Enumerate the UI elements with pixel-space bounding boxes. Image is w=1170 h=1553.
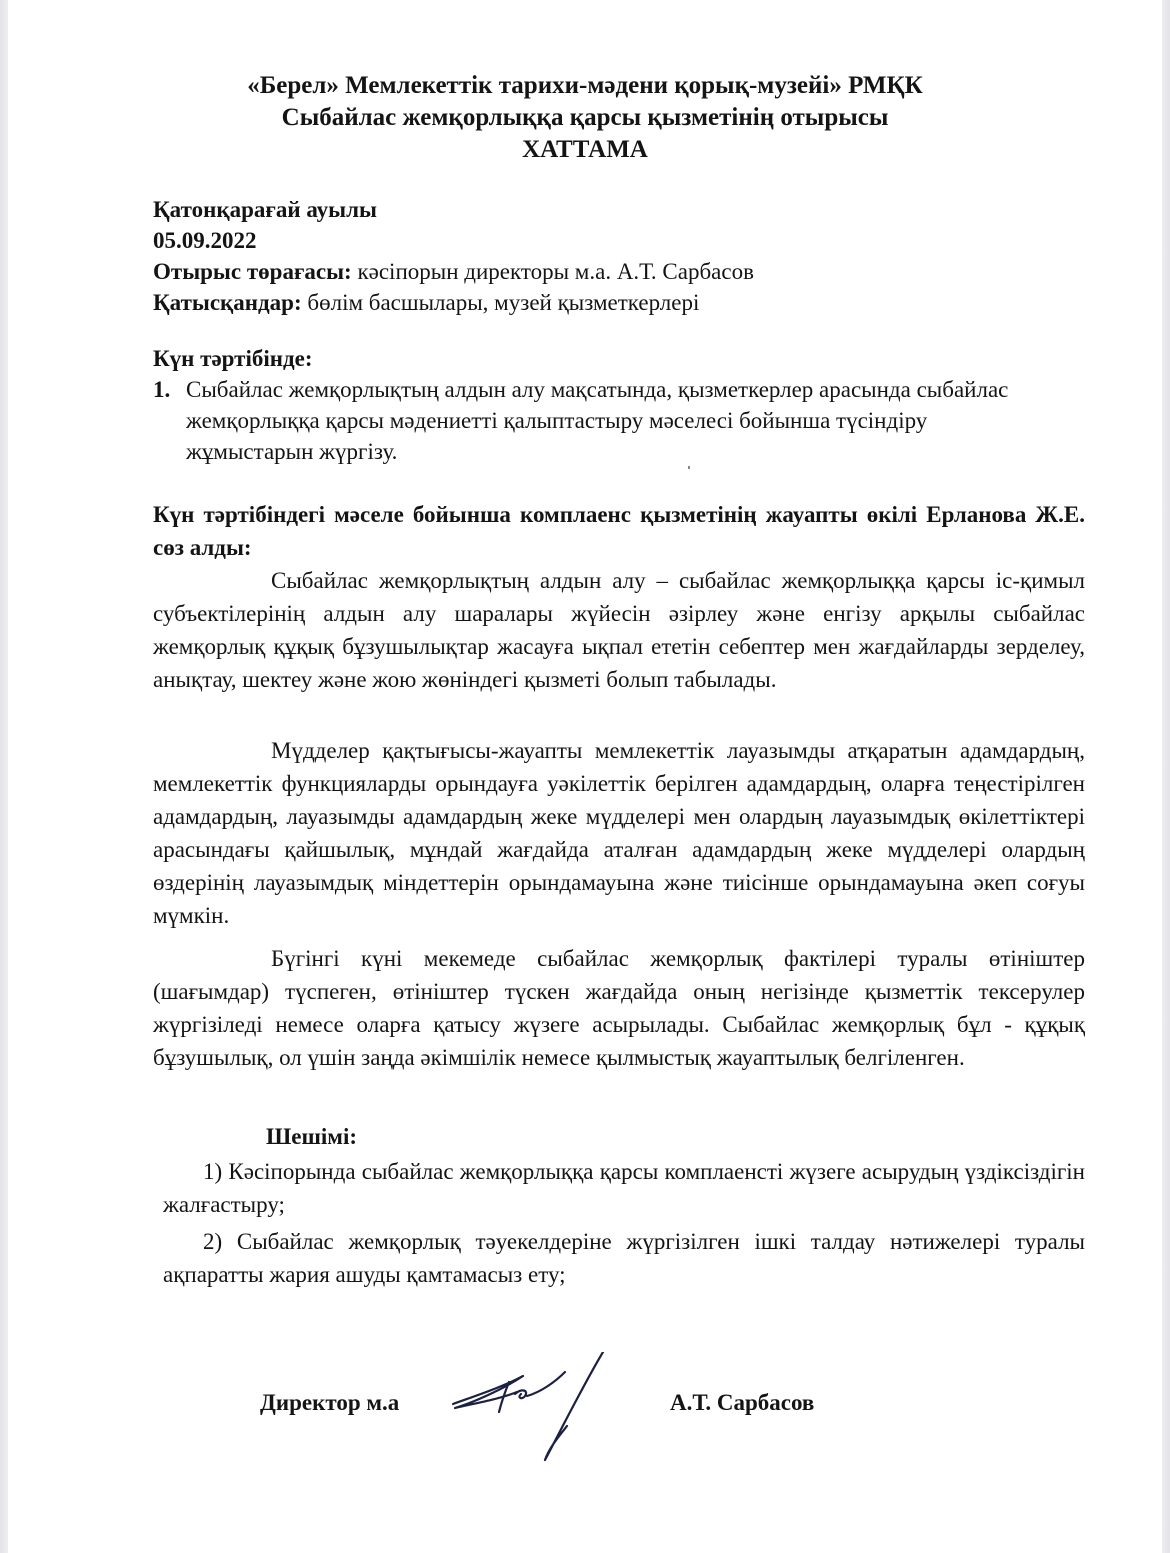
decision-item: 2) Сыбайлас жемқорлық тәуекелдеріне жүрг… — [163, 1225, 1085, 1291]
signatory-title: Директор м.а — [260, 1390, 399, 1416]
document-header: «Берел» Мемлекеттік тарихи-мәдени қорық-… — [8, 70, 1162, 166]
scan-artifact — [688, 466, 690, 469]
body-paragraph: Мүдделер қақтығысы-жауапты мемлекеттік л… — [153, 734, 1085, 932]
speaker-intro: Күн тәртібіндегі мәселе бойынша комплаен… — [153, 498, 1085, 564]
meeting-chair: Отырыс төрағасы: кәсіпорын директоры м.а… — [153, 256, 754, 287]
meeting-date: 05.09.2022 — [153, 225, 754, 256]
agenda-section: Күн тәртібінде: 1. Сыбайлас жемқорлықтың… — [153, 343, 1053, 467]
agenda-item-text: Сыбайлас жемқорлықтың алдын алу мақсатын… — [186, 374, 1046, 467]
agenda-item-number: 1. — [153, 374, 186, 467]
decision-item: 1) Кәсіпорында сыбайлас жемқорлыққа қарс… — [163, 1155, 1085, 1221]
participants-label: Қатысқандар: — [153, 290, 302, 315]
decision-item-text: 2) Сыбайлас жемқорлық тәуекелдеріне жүрг… — [163, 1225, 1085, 1291]
meeting-meta: Қатонқарағай ауылы 05.09.2022 Отырыс төр… — [153, 194, 754, 318]
participants-value: бөлім басшылары, музей қызметкерлері — [302, 290, 700, 315]
signatory-name: А.Т. Сарбасов — [670, 1390, 814, 1416]
paragraph-text: Бүгінгі күні мекемеде сыбайлас жемқорлық… — [153, 942, 1085, 1074]
organization-name: «Берел» Мемлекеттік тарихи-мәдени қорық-… — [8, 70, 1162, 102]
paragraph-text: Мүдделер қақтығысы-жауапты мемлекеттік л… — [153, 734, 1085, 932]
meeting-participants: Қатысқандар: бөлім басшылары, музей қызм… — [153, 287, 754, 318]
meeting-place: Қатонқарағай ауылы — [153, 194, 754, 225]
agenda-item: 1. Сыбайлас жемқорлықтың алдын алу мақса… — [153, 374, 1053, 467]
document-type: ХАТТАМА — [8, 134, 1162, 166]
decision-title: Шешімі: — [266, 1120, 357, 1153]
meeting-title: Сыбайлас жемқорлыққа қарсы қызметінің от… — [8, 102, 1162, 134]
agenda-title: Күн тәртібінде: — [153, 343, 1053, 374]
paragraph-text: Сыбайлас жемқорлықтың алдын алу – сыбайл… — [153, 564, 1085, 696]
chair-label: Отырыс төрағасы: — [153, 259, 352, 284]
body-paragraph: Бүгінгі күні мекемеде сыбайлас жемқорлық… — [153, 942, 1085, 1074]
page-edge-right — [1162, 0, 1170, 1553]
document-page: «Берел» Мемлекеттік тарихи-мәдени қорық-… — [8, 0, 1162, 1553]
handwritten-signature-icon — [445, 1352, 625, 1482]
chair-value: кәсіпорын директоры м.а. А.Т. Сарбасов — [352, 259, 754, 284]
body-paragraph: Сыбайлас жемқорлықтың алдын алу – сыбайл… — [153, 564, 1085, 696]
page-edge-left — [0, 0, 8, 1553]
decision-item-text: 1) Кәсіпорында сыбайлас жемқорлыққа қарс… — [163, 1155, 1085, 1221]
